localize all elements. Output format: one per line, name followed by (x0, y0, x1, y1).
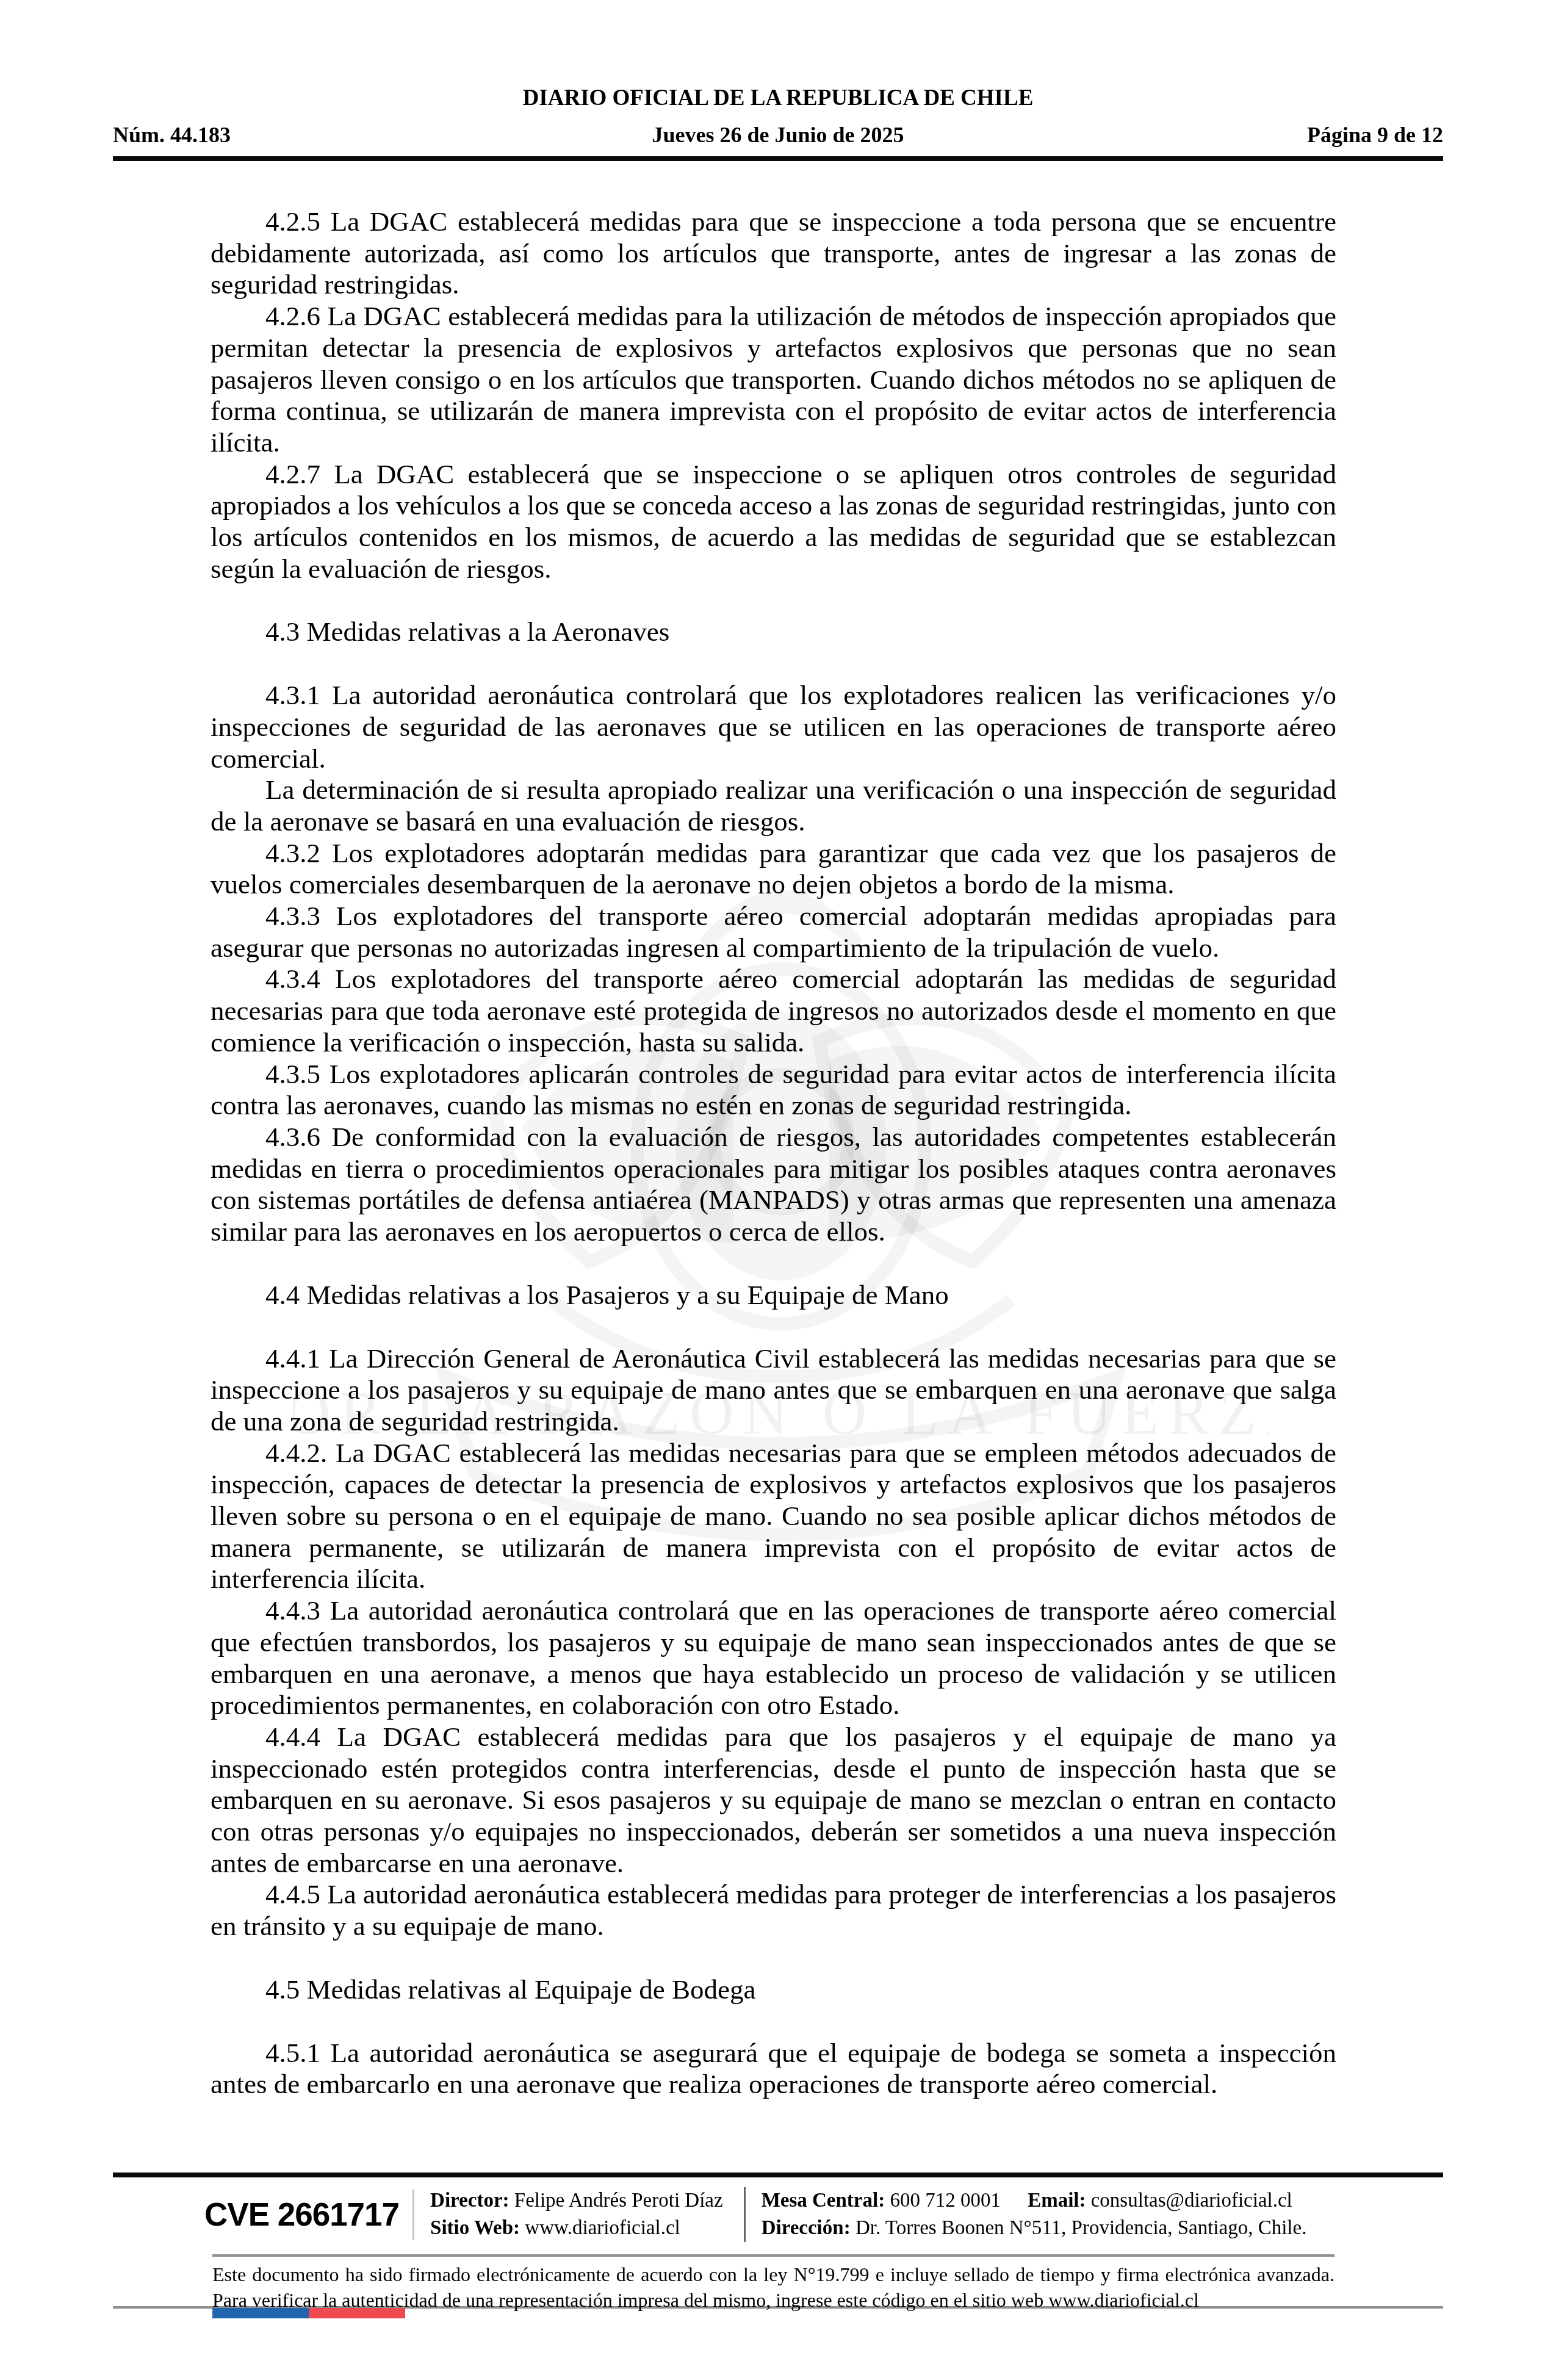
director-line: Director: Felipe Andrés Peroti Díaz (430, 2187, 723, 2215)
paragraph-4-3-3: 4.3.3 Los explotadores del transporte aé… (211, 901, 1336, 964)
page-footer: CVE 2661717 Director: Felipe Andrés Pero… (0, 2173, 1556, 2313)
cve-code: CVE 2661717 (204, 2196, 399, 2234)
section-heading-4-3: 4.3 Medidas relativas a la Aeronaves (211, 616, 1336, 648)
email-label: Email: (1028, 2190, 1086, 2212)
contact-column: Mesa Central: 600 712 0001 Email: consul… (762, 2187, 1307, 2242)
page-number: Página 9 de 12 (1307, 122, 1443, 148)
footer-divider-right (744, 2187, 746, 2242)
section-heading-4-5: 4.5 Medidas relativas al Equipaje de Bod… (211, 1974, 1336, 2006)
paragraph-4-3-1: 4.3.1 La autoridad aeronáutica controlar… (211, 680, 1336, 774)
paragraph-4-2-6: 4.2.6 La DGAC establecerá medidas para l… (211, 301, 1336, 459)
address-value: Dr. Torres Boonen N°511, Providencia, Sa… (855, 2217, 1307, 2239)
paragraph-4-4-3: 4.4.3 La autoridad aeronáutica controlar… (211, 1595, 1336, 1722)
address-line: Dirección: Dr. Torres Boonen N°511, Prov… (762, 2215, 1307, 2242)
footer-top-rule (113, 2173, 1443, 2177)
director-label: Director: (430, 2190, 509, 2212)
director-name: Felipe Andrés Peroti Díaz (514, 2190, 723, 2212)
email-address: consultas@diarioficial.cl (1091, 2190, 1292, 2212)
footer-info-row: CVE 2661717 Director: Felipe Andrés Pero… (113, 2177, 1443, 2251)
paragraph-4-3-1-continuation: La determinación de si resulta apropiado… (211, 774, 1336, 837)
phone-number: 600 712 0001 (890, 2190, 1001, 2212)
legal-notice: Este documento ha sido firmado electróni… (212, 2262, 1334, 2313)
phone-label: Mesa Central: (762, 2190, 885, 2212)
paragraph-4-2-5: 4.2.5 La DGAC establecerá medidas para q… (211, 206, 1336, 301)
paragraph-4-3-5: 4.3.5 Los explotadores aplicarán control… (211, 1059, 1336, 1122)
header-meta-row: Núm. 44.183 Jueves 26 de Junio de 2025 P… (113, 122, 1443, 148)
paragraph-4-4-5: 4.4.5 La autoridad aeronáutica establece… (211, 1879, 1336, 1942)
address-label: Dirección: (762, 2217, 851, 2239)
paragraph-4-4-4: 4.4.4 La DGAC establecerá medidas para q… (211, 1722, 1336, 1880)
page-header: DIARIO OFICIAL DE LA REPUBLICA DE CHILE … (0, 0, 1556, 161)
paragraph-4-4-2: 4.4.2. La DGAC establecerá las medidas n… (211, 1438, 1336, 1596)
paragraph-4-2-7: 4.2.7 La DGAC establecerá que se inspecc… (211, 459, 1336, 585)
paragraph-4-3-2: 4.3.2 Los explotadores adoptarán medidas… (211, 838, 1336, 901)
footer-divider-left (412, 2190, 414, 2240)
footer-mid-rule (212, 2254, 1334, 2257)
paragraph-4-3-4: 4.3.4 Los explotadores del transporte aé… (211, 964, 1336, 1058)
director-column: Director: Felipe Andrés Peroti Díaz Siti… (430, 2187, 723, 2242)
website-line: Sitio Web: www.diarioficial.cl (430, 2215, 723, 2242)
paragraph-4-5-1: 4.5.1 La autoridad aeronáutica se asegur… (211, 2038, 1336, 2101)
issue-number: Núm. 44.183 (113, 122, 231, 148)
document-page: DIARIO OFICIAL DE LA REPUBLICA DE CHILE … (0, 0, 1556, 2380)
phone-email-line: Mesa Central: 600 712 0001 Email: consul… (762, 2187, 1307, 2215)
website-url: www.diarioficial.cl (525, 2217, 680, 2239)
section-heading-4-4: 4.4 Medidas relativas a los Pasajeros y … (211, 1280, 1336, 1311)
website-label: Sitio Web: (430, 2217, 520, 2239)
header-rule (113, 156, 1443, 161)
issue-date: Jueves 26 de Junio de 2025 (652, 122, 904, 148)
paragraph-4-4-1: 4.4.1 La Dirección General de Aeronáutic… (211, 1343, 1336, 1438)
document-body: 4.2.5 La DGAC establecerá medidas para q… (211, 206, 1336, 2101)
paragraph-4-3-6: 4.3.6 De conformidad con la evaluación d… (211, 1122, 1336, 1248)
newspaper-title: DIARIO OFICIAL DE LA REPUBLICA DE CHILE (0, 85, 1556, 111)
